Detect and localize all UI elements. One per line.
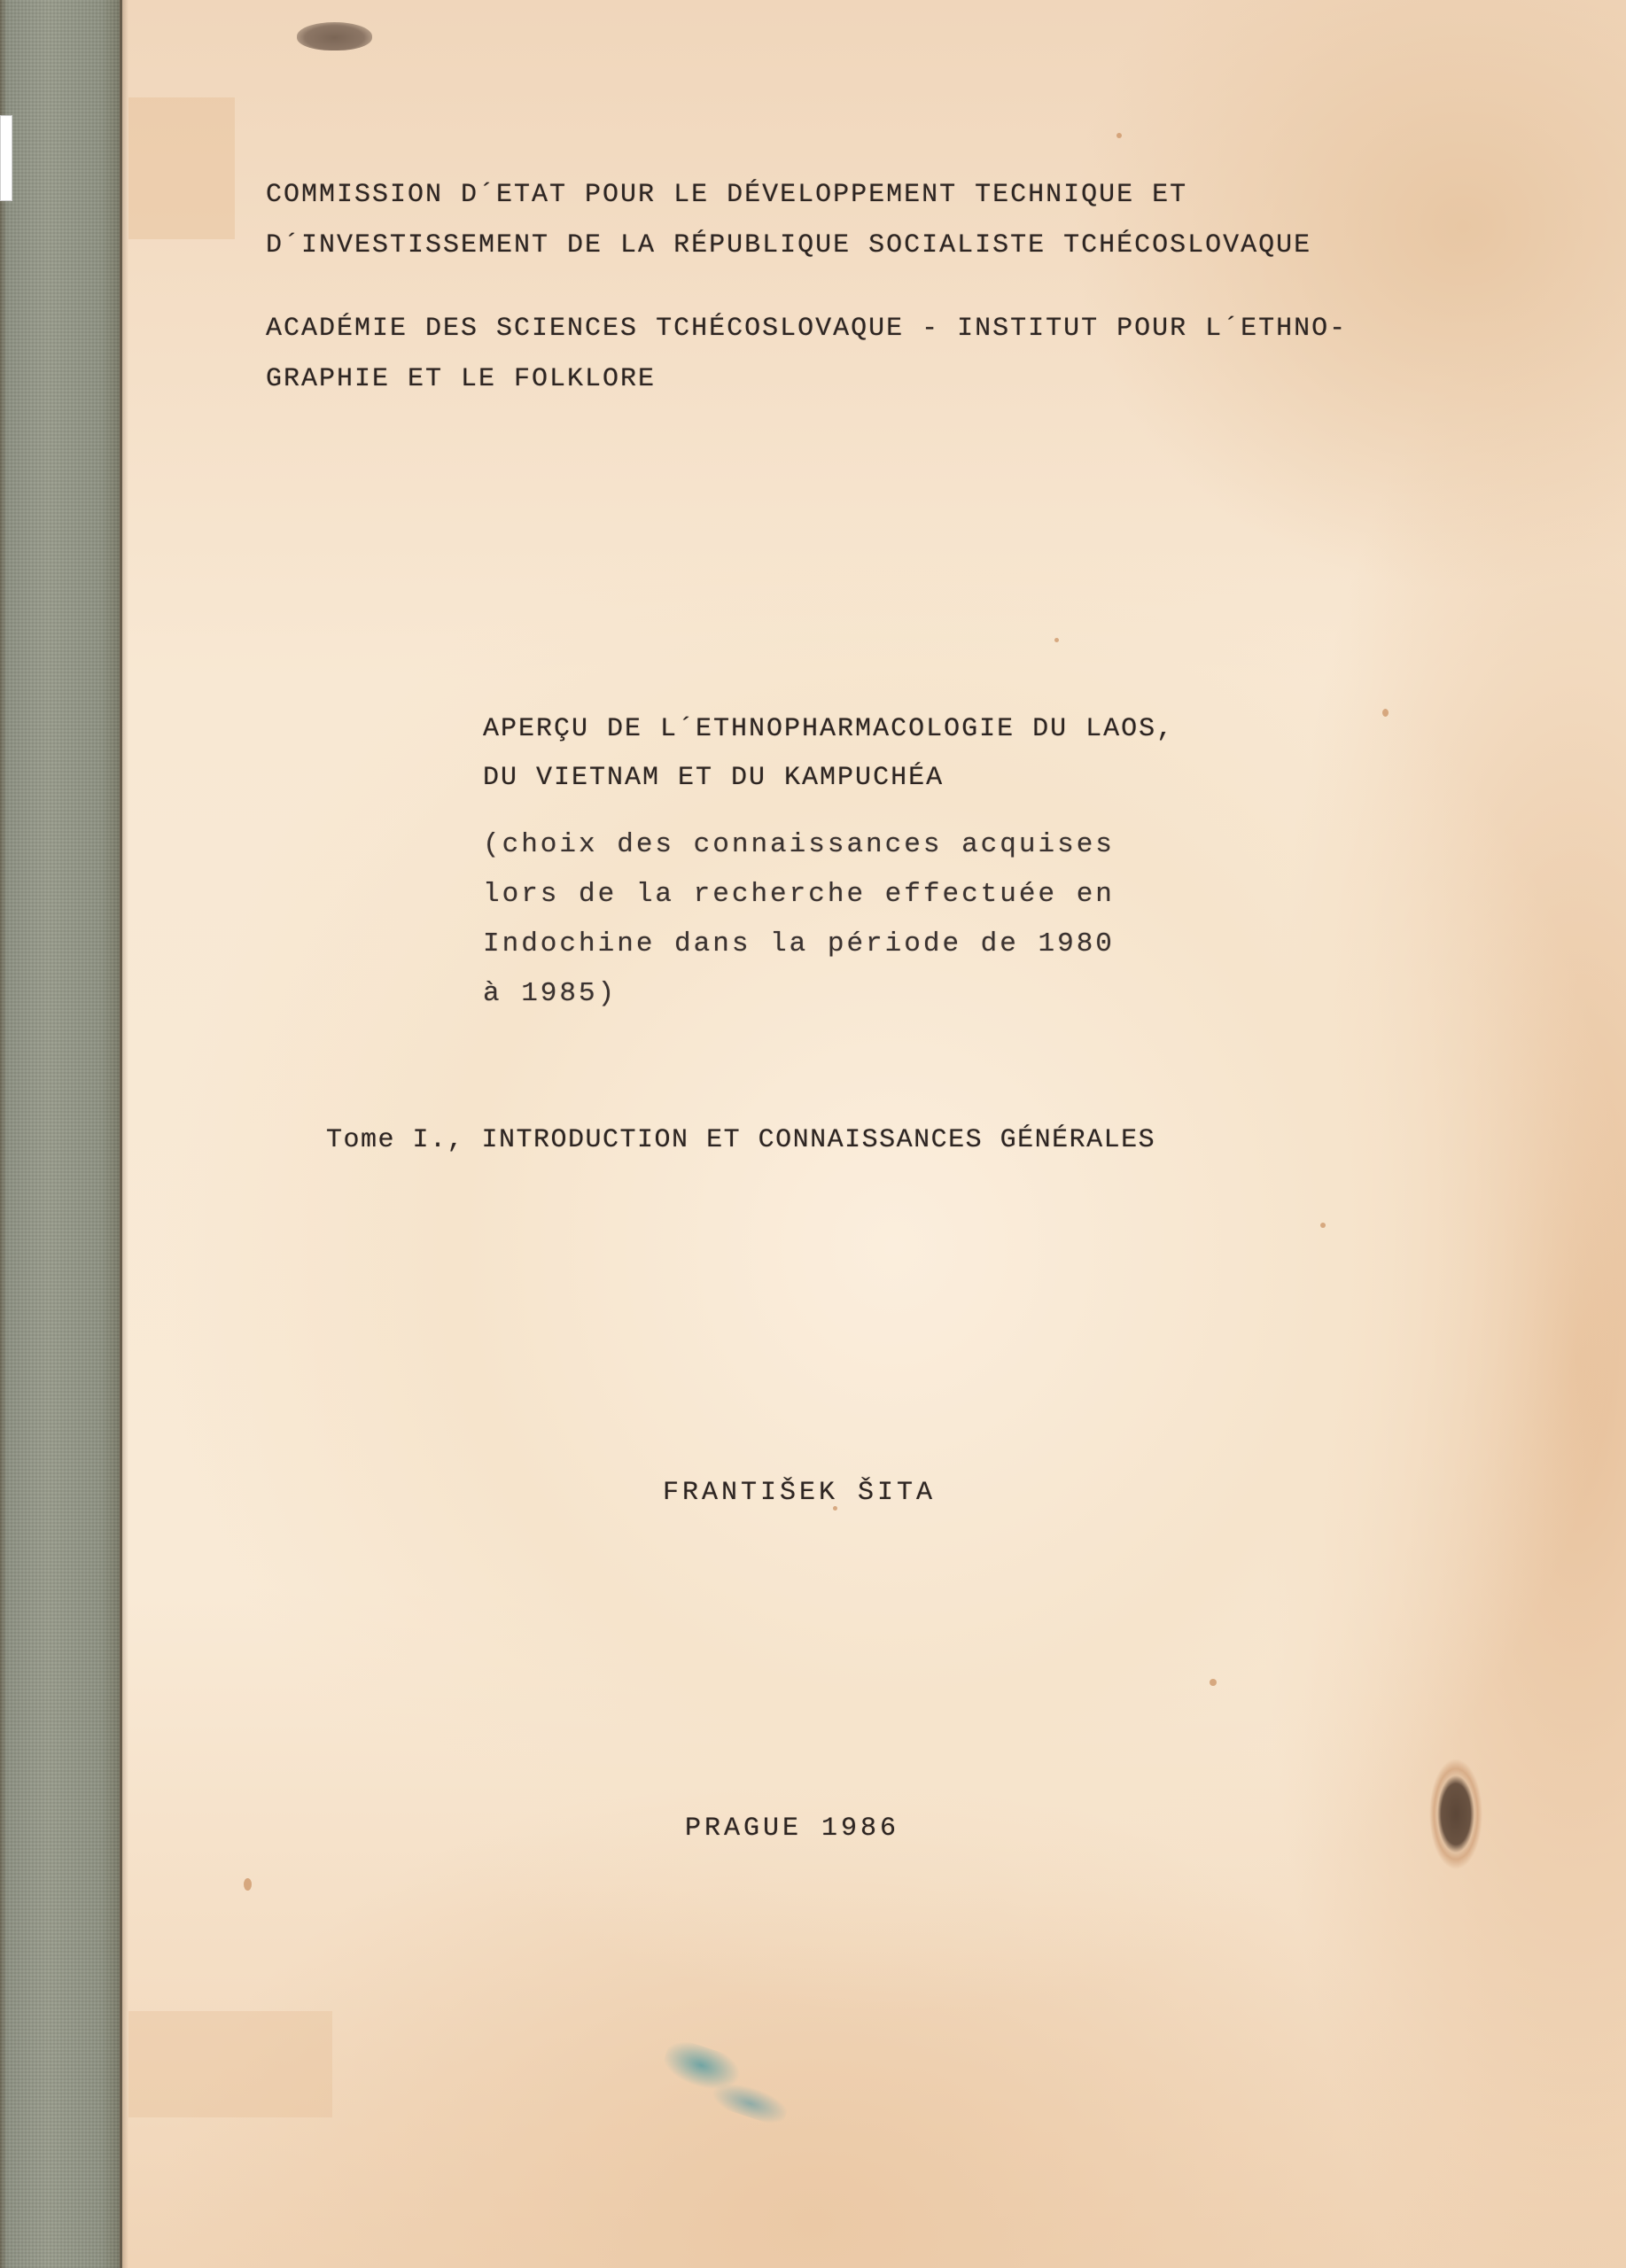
volume-line: Tome I., INTRODUCTION ET CONNAISSANCES G… [326, 1125, 1155, 1155]
document-page: COMMISSION D´ETAT POUR LE DÉVELOPPEMENT … [0, 0, 1626, 2268]
book-spine [0, 0, 122, 2268]
subtitle-line-2: lors de la recherche effectuée en [483, 879, 1115, 910]
tape-mark [128, 97, 235, 239]
foxing-spot [244, 1878, 252, 1891]
stain-right [1424, 1754, 1490, 1869]
subtitle-line-3: Indochine dans la période de 1980 [483, 928, 1115, 959]
author-name: FRANTIŠEK ŠITA [663, 1478, 936, 1508]
foxing-spot [1210, 1679, 1217, 1686]
subtitle-line-4: à 1985) [483, 978, 617, 1009]
header-line-2: D´INVESTISSEMENT DE LA RÉPUBLIQUE SOCIAL… [266, 230, 1311, 260]
title-line-2: DU VIETNAM ET DU KAMPUCHÉA [483, 763, 944, 793]
header-line-1: COMMISSION D´ETAT POUR LE DÉVELOPPEMENT … [266, 180, 1187, 210]
tape-mark-bottom [128, 2011, 332, 2117]
library-label-tab [0, 115, 12, 201]
foxing-spot [1054, 638, 1059, 642]
ink-smudge [655, 2036, 797, 2127]
header-line-4: GRAPHIE ET LE FOLKLORE [266, 364, 656, 394]
header-line-3: ACADÉMIE DES SCIENCES TCHÉCOSLOVAQUE - I… [266, 314, 1347, 344]
foxing-spot [1382, 709, 1389, 717]
spine-shadow [120, 0, 128, 2268]
title-line-1: APERÇU DE L´ETHNOPHARMACOLOGIE DU LAOS, [483, 714, 1174, 744]
stain-top [297, 22, 372, 50]
subtitle-line-1: (choix des connaissances acquises [483, 829, 1115, 860]
foxing-spot [1116, 133, 1122, 138]
foxing-spot [1320, 1223, 1326, 1228]
imprint-place-year: PRAGUE 1986 [685, 1814, 899, 1844]
